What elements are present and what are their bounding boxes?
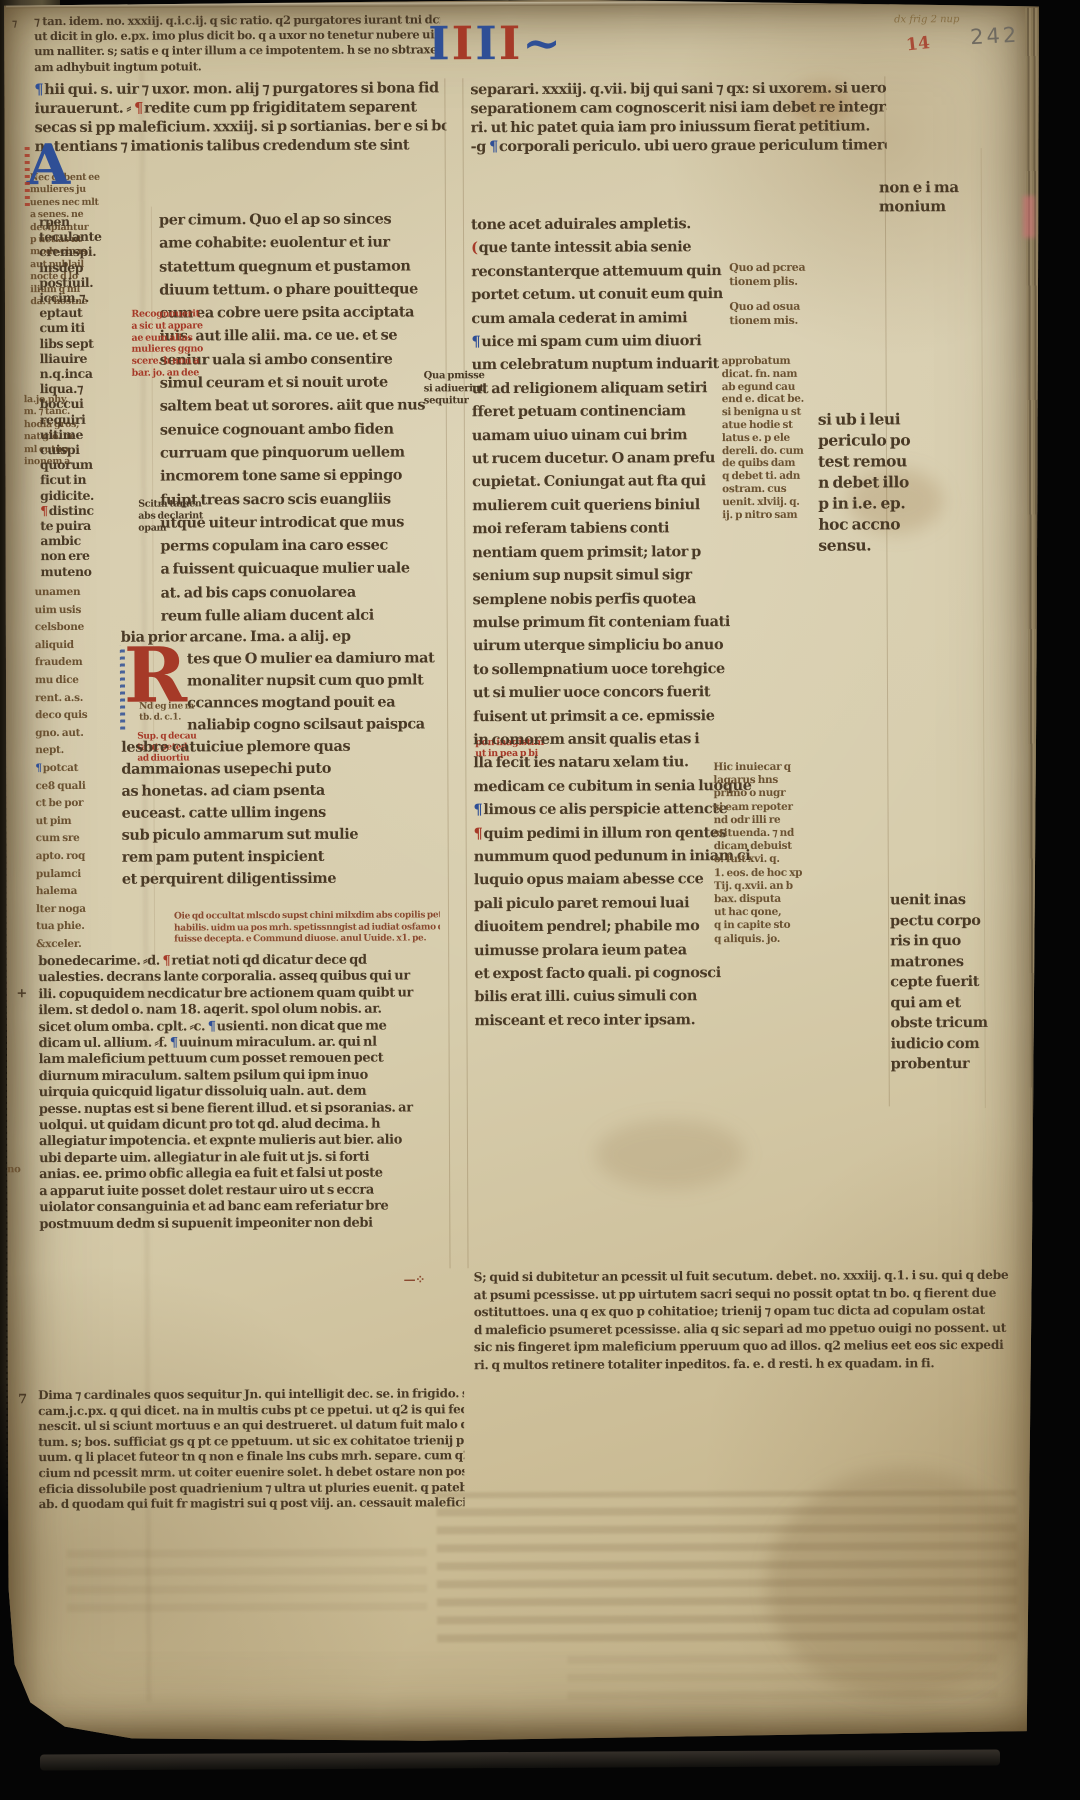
text-line: stituenda. ⁊ nd bbox=[714, 827, 806, 841]
text-line: misceant et reco inter ipsam. bbox=[474, 1007, 882, 1032]
page-top-edge bbox=[6, 0, 1030, 8]
text-line: Dima ⁊ cardinales quos sequitur Jn. qui … bbox=[38, 1386, 464, 1403]
column1-dense-text: bonedecarime. ⸗d. ¶retiat noti qd dicatu… bbox=[38, 952, 455, 1233]
text-line: S; quid si dubitetur an pcessit ul fuit … bbox=[474, 1266, 1042, 1286]
text-line: pali piculo paret remoui luai bbox=[474, 890, 882, 915]
text-line: ubi departe uim. allegiatur in ale fuit … bbox=[39, 1149, 455, 1167]
text-line: uenit inas bbox=[890, 890, 1010, 911]
text-segment: distinc bbox=[49, 503, 94, 518]
text-line: end e. dicat be. bbox=[722, 393, 814, 406]
text-line: liqua.⁊ bbox=[40, 381, 148, 397]
text-line: q debet ti. adn bbox=[722, 470, 814, 483]
text-line: uitime bbox=[40, 426, 148, 442]
approbatum-margin-note: approbatumdicat. fn. namab egund cauend … bbox=[722, 355, 815, 522]
text-line: diuoitem pendrel; phabile mo bbox=[474, 914, 882, 939]
text-line: dicam ul. allium. ⸗f. ¶uuinum miraculum.… bbox=[39, 1034, 455, 1052]
text-line: mulse primum fit conteniam fuati bbox=[473, 609, 881, 634]
text-line: obste tricum bbox=[890, 1013, 1010, 1034]
text-line: si ub i leui bbox=[818, 408, 938, 430]
plus-mark: + bbox=[16, 986, 27, 1001]
text-line: to sollempnatium uoce torehgice bbox=[473, 656, 881, 681]
inline-gloss: Oie qd occultat mlscdo supst chini milxd… bbox=[174, 910, 440, 946]
text-line: pesse. nuptas est si bene fierent illud.… bbox=[39, 1100, 455, 1118]
pilcrow-mark: ¶ bbox=[34, 81, 43, 98]
text-line: sub piculo ammarum sut mulie bbox=[122, 823, 460, 846]
text-line: nescit. ul si sciunt mortuus e an qui de… bbox=[38, 1417, 464, 1434]
text-line: perms copulam ina caro essec bbox=[160, 533, 458, 558]
stain bbox=[595, 1119, 745, 1190]
text-line: Tij. q.xvii. an b bbox=[714, 880, 806, 894]
text-line: at. ad bis caps conuolarea bbox=[161, 580, 459, 605]
text-line: qui am et bbox=[890, 992, 1010, 1013]
text-line: ili. copuquidem necdicatur bre actionem … bbox=[38, 985, 454, 1003]
text-line: saltem beat ut sorores. aiit que nus bbox=[160, 394, 458, 419]
under-page-edge bbox=[40, 1749, 1000, 1770]
text-line: cium nd pcessit mrm. ut coiter euenire s… bbox=[38, 1464, 464, 1481]
pilcrow-mark: ¶ bbox=[40, 503, 48, 518]
text-line: uum. q li placet futeor tn q non e final… bbox=[38, 1449, 464, 1466]
text-line: nd odr illi re bbox=[714, 814, 806, 828]
text-line: ficut in bbox=[40, 472, 148, 488]
text-line: -g ¶corporali periculo. ubi uero graue p… bbox=[471, 135, 887, 156]
text-line: bonedecarime. ⸗d. ¶retiat noti qd dicatu… bbox=[38, 952, 454, 970]
text-line: uirquia quicquid ligatur dissoluiq ualn.… bbox=[39, 1084, 455, 1102]
text-line: pectu corpo bbox=[890, 910, 1010, 931]
ink-show-through bbox=[567, 1654, 997, 1700]
text-line: uolqui. ut quidam dicunt pro tot qd. alu… bbox=[39, 1116, 455, 1134]
nonema-margin-note: non e i mamonium bbox=[879, 178, 989, 216]
red-marginal-note: Recognouerita sic ut appareae eum aliasm… bbox=[131, 308, 223, 379]
text-line: tionem plis. bbox=[729, 274, 819, 288]
text-segment: bonedecarime. ⸗d. bbox=[38, 954, 162, 970]
text-line: ¶uice mi spam cum uim diuori bbox=[471, 328, 879, 353]
text-line: abs declarint bbox=[138, 510, 218, 522]
text-segment: limous ce alis perspicie attencte bbox=[483, 800, 727, 818]
text-line: tionem mis. bbox=[729, 313, 819, 327]
header-siglum: ⁊ bbox=[12, 18, 17, 29]
text-line: uimusse prolara ieum patea bbox=[474, 937, 882, 962]
text-line: um nalliter. s; satis e q inter illum a … bbox=[34, 43, 440, 60]
text-line: cepte fuerit bbox=[890, 972, 1010, 993]
text-line: tum. s; bos. sufficiat gs q pt ce ppetuu… bbox=[38, 1433, 464, 1450]
numeral-letter: I bbox=[452, 16, 476, 70]
text-line: ut ad religionem aliquam setiri bbox=[472, 375, 880, 400]
ruling-line bbox=[884, 76, 889, 1106]
text-line: iccim.⁊. bbox=[39, 290, 147, 306]
text-line: et expost facto quali. pi cognosci bbox=[474, 960, 882, 985]
text-line: q aliquis. jo. bbox=[714, 932, 806, 946]
text-line: anias. ee. primo obfic allegia ea fuit e… bbox=[39, 1166, 455, 1184]
text-line: as honetas. ad ciam psenta bbox=[121, 779, 459, 802]
text-line: te puira bbox=[40, 518, 148, 534]
text-line: ostituttoes. una q ex quo p cohitatioe; … bbox=[474, 1301, 1042, 1321]
text-segment: hii qui. s. uir ⁊ uxor. mon. alij ⁊ purg… bbox=[44, 79, 439, 98]
text-line: statettum quegnum et pustamon bbox=[159, 254, 457, 279]
text-line: diurnum miraculum. saltem psilum qui ipm… bbox=[39, 1067, 455, 1085]
text-line: incmorem tone same si eppingo bbox=[160, 464, 458, 489]
text-line: opam bbox=[138, 522, 218, 534]
text-segment: retiat noti qd dicatur dece qd bbox=[171, 953, 366, 969]
nota-mark: no bbox=[7, 1164, 20, 1175]
text-line: eficia dissolubile post quadrienium ⁊ ul… bbox=[38, 1480, 464, 1497]
text-line: insdep bbox=[39, 259, 147, 275]
text-line: senuice cognouant ambo fiden bbox=[160, 417, 458, 442]
column2-intro: separari. xxxiij. q.vii. bij qui sani ⁊ … bbox=[470, 78, 886, 156]
text-line: allegiatur impotencia. et expnte mulieri… bbox=[39, 1133, 455, 1151]
text-line: senium sup nupsit simul sigr bbox=[472, 563, 880, 588]
text-line: uenit. xlviij. q. bbox=[722, 495, 814, 508]
text-line: &xceler. bbox=[36, 936, 148, 954]
text-line: uirum uterque simpliciu bo anuo bbox=[473, 633, 881, 658]
text-line: nummum quod pedunum in iniam ci bbox=[474, 843, 882, 868]
text-line: rem pam putent inspicient bbox=[122, 845, 460, 868]
text-line: si benigna u st bbox=[722, 406, 814, 419]
black-marginal-note: Scitm tamenabs declarintopam bbox=[138, 498, 218, 534]
text-line: tua phie. bbox=[36, 918, 148, 936]
pilcrow-mark: ( bbox=[471, 240, 478, 257]
footnote-block: Dima ⁊ cardinales quos sequitur Jn. qui … bbox=[38, 1386, 465, 1513]
manuscript-page: ⁊ ⁊ tan. idem. no. xxxiij. q.i.c.ij. q s… bbox=[0, 0, 1048, 1744]
text-line: dereli. do. cum bbox=[722, 444, 814, 457]
text-segment: corporali periculo. ubi uero graue peric… bbox=[499, 136, 887, 155]
text-line: a fuissent quicuaque mulier uale bbox=[160, 557, 458, 582]
text-line: um celebratum nuptum induarit bbox=[472, 352, 880, 377]
text-line: test remou bbox=[818, 450, 938, 472]
text-line: medicam ce cubitum in senia luoque bbox=[473, 773, 881, 798]
text-line: requiri bbox=[40, 411, 148, 427]
numeral-letter: I bbox=[475, 16, 499, 70]
text-line: sicet olum omba. cplt. ⸗c. ¶usienti. non… bbox=[38, 1018, 454, 1036]
column1-intro: ¶hii qui. s. uir ⁊ uxor. mon. alij ⁊ pur… bbox=[34, 78, 446, 156]
text-line: Hic inuiecar q bbox=[713, 761, 805, 775]
text-line: a sic ut appare bbox=[131, 320, 223, 332]
text-line: n debet illo bbox=[818, 471, 938, 493]
text-line: dicam debuist bbox=[714, 840, 806, 854]
initial-R-filigree bbox=[120, 646, 125, 730]
text-line: ut hac qone, bbox=[714, 906, 806, 920]
text-line: per cimum. Quo el ap so sinces bbox=[159, 207, 457, 232]
text-line: non e i ma bbox=[879, 178, 989, 197]
text-line: quorum bbox=[40, 457, 148, 473]
text-line: Quo ad pcrea bbox=[729, 261, 819, 275]
text-line: gidicite. bbox=[40, 487, 148, 503]
text-line: 1. eos. de hoc xp bbox=[714, 866, 806, 880]
text-line: natentians ⁊ imationis talibus credendum… bbox=[35, 135, 447, 156]
text-segment: dicam ul. allium. ⸗f. bbox=[39, 1036, 170, 1052]
text-line: ¶quim pedimi in illum ron qentes bbox=[474, 820, 882, 845]
text-line: cuispi bbox=[40, 442, 148, 458]
text-line: ⁊ tan. idem. no. xxxiij. q.i.c.ij. q sic… bbox=[34, 12, 440, 29]
text-line: am adhybuit ingtum potuit. bbox=[34, 58, 440, 75]
text-line: sensu. bbox=[818, 534, 938, 556]
pilcrow-mark: ¶ bbox=[473, 801, 482, 818]
text-line: separari. xxxiij. q.vii. bij qui sani ⁊ … bbox=[470, 78, 886, 99]
text-line: lla fecit ies nataru xelam tiu. bbox=[473, 750, 881, 775]
text-segment: uice mi spam cum uim diuori bbox=[481, 332, 701, 350]
text-segment: que tante intessit abia senie bbox=[479, 239, 692, 257]
column1-narrow-strip: rpenteculantecremspi.insdeppostiuil.icci… bbox=[39, 214, 149, 579]
text-line: luquio opus maiam abesse cce bbox=[474, 867, 882, 892]
text-line: si eam repoter bbox=[713, 800, 805, 814]
text-line: bar. jo. an dee bbox=[132, 367, 224, 379]
pilcrow-mark: ¶ bbox=[489, 138, 498, 155]
text-line: ambic bbox=[40, 533, 148, 549]
proc-margin-note-2: Quo ad osuationem mis. bbox=[729, 300, 819, 327]
pilcrow-mark: ¶ bbox=[471, 333, 480, 350]
text-line: rpen bbox=[39, 214, 147, 230]
text-line: ab egund cau bbox=[722, 380, 814, 393]
text-line: ab. d quodam qui fuit fr magistri sui q … bbox=[39, 1495, 465, 1512]
text-line: muteno bbox=[40, 563, 148, 579]
pilcrow-mark: ¶ bbox=[134, 100, 143, 117]
text-line: lagarus hns bbox=[713, 774, 805, 788]
text-line: euceast. catte ullim ingens bbox=[121, 801, 459, 824]
text-line: postiuil. bbox=[39, 274, 147, 290]
text-line: Quo ad osua bbox=[729, 300, 819, 314]
text-line: dammaionas usepechi puto bbox=[121, 757, 459, 780]
text-segment: quim pedimi in illum ron qentes bbox=[483, 824, 726, 842]
text-line: secas si pp maleficium. xxxiij. si p sor… bbox=[35, 116, 447, 137]
text-segment: sicet olum omba. cplt. ⸗c. bbox=[38, 1019, 207, 1035]
folio-number: 242 bbox=[970, 23, 1020, 50]
text-line: postmuum dedm si supuenit impeoniter non… bbox=[39, 1215, 455, 1233]
text-line: matrones bbox=[890, 951, 1010, 972]
column2-main-text: tone acet aduirales ampletis.(que tante … bbox=[471, 211, 883, 1032]
text-line: lesbre catuiciue plemore quas bbox=[121, 735, 459, 758]
text-segment: redite cum pp frigiditatem separent bbox=[144, 98, 417, 116]
text-line: ualesties. decrans lante corporalia. ass… bbox=[38, 969, 454, 987]
text-line: cam.j.c.px. q qui dicet. na in multis cu… bbox=[38, 1402, 464, 1419]
pilcrow-mark: ¶ bbox=[162, 954, 170, 969]
text-segment: potcat bbox=[43, 762, 79, 774]
text-line: in comorem ansit qualis etas i bbox=[473, 726, 881, 751]
initial-A-letter: A bbox=[27, 132, 71, 198]
chapter-numeral-IIII: IIII~ bbox=[428, 16, 563, 71]
text-segment: -g bbox=[471, 138, 490, 155]
text-line: bilis erat illi. cuius simuli con bbox=[474, 984, 882, 1009]
text-line: boccui bbox=[40, 396, 148, 412]
text-line: hoc accno bbox=[818, 513, 938, 535]
text-line: unamen bbox=[35, 584, 147, 602]
numeral-letter: ~ bbox=[522, 16, 563, 70]
text-line: primo o nugr bbox=[713, 787, 805, 801]
text-line: lam maleficium pettuum cum posset remoue… bbox=[39, 1051, 455, 1069]
pink-tab-mark bbox=[1023, 196, 1035, 238]
ruling-line bbox=[462, 78, 468, 1268]
pilcrow-mark: ¶ bbox=[170, 1036, 178, 1051]
text-line: ut dicit in glo. e.px. imo plus dicit bo… bbox=[34, 28, 440, 45]
text-line: Scitm tamen bbox=[138, 498, 218, 510]
text-line: diuum tettum. o phare pouitteque bbox=[159, 277, 457, 302]
top-marginal-note: ⁊ tan. idem. no. xxxiij. q.i.c.ij. q sic… bbox=[34, 12, 440, 75]
bottom-right-note: S; quid si dubitetur an pcessit ul fuit … bbox=[474, 1266, 1042, 1374]
text-line: de quibs dam bbox=[722, 457, 814, 470]
text-line: uim usis bbox=[35, 601, 147, 619]
text-line: p in i.e. ep. bbox=[818, 492, 938, 514]
ink-show-through bbox=[67, 1540, 427, 1612]
text-line: dicat. fn. nam bbox=[722, 368, 814, 381]
pilcrow-mark: ¶ bbox=[474, 825, 483, 842]
text-line: iurauerunt. ⸗ ¶redite cum pp frigiditate… bbox=[34, 97, 446, 118]
text-line: et perquirent diligentissime bbox=[122, 867, 460, 890]
text-line: o. fuit xvi. q. bbox=[714, 853, 806, 867]
text-line: ut si mulier uoce concors fuerit bbox=[473, 680, 881, 705]
text-line: ostram. cus bbox=[722, 483, 814, 496]
column1-main-text: per cimum. Quo el ap so sincesame cohabi… bbox=[159, 207, 459, 628]
text-line: periculo po bbox=[818, 429, 938, 451]
text-line: teculante bbox=[39, 229, 147, 245]
text-line: ij. p nitro sam bbox=[722, 508, 814, 521]
text-segment: iurauerunt. ⸗ bbox=[34, 100, 134, 117]
text-line: separationem cam cognoscerit nisi iam de… bbox=[470, 97, 886, 118]
text-line: uiolator consanguinia et ad banc eam ref… bbox=[39, 1198, 455, 1216]
text-line: ri. ut hic patet quia iam pro iniussum f… bbox=[471, 116, 887, 137]
initial-R: R bbox=[124, 641, 184, 733]
top-right-inscription: dx frig 2 nup bbox=[894, 14, 959, 25]
text-line: ri. q multos retinere totaliter inpedito… bbox=[474, 1354, 1042, 1374]
red-foliation-number: 14 bbox=[905, 33, 931, 55]
text-line: bax. disputa bbox=[714, 893, 806, 907]
text-line: probentur bbox=[891, 1054, 1011, 1075]
text-line: Recognouerit bbox=[131, 308, 223, 320]
footnote-siglum: 7 bbox=[18, 1392, 27, 1407]
text-line: reum fulle aliam ducent alci bbox=[161, 603, 459, 628]
text-line: latus e. p ele bbox=[722, 432, 814, 445]
initial-A: A bbox=[27, 140, 87, 210]
text-line: mulieres ggno bbox=[131, 344, 223, 356]
text-line: atue hodie st bbox=[722, 419, 814, 432]
text-line: fuisse decepta. e Commund diuose. anul U… bbox=[174, 933, 440, 946]
text-segment: uuinum miraculum. ar. qui nl bbox=[179, 1035, 377, 1051]
text-line: tone acet aduirales ampletis. bbox=[471, 211, 879, 236]
text-line: ame cohabite: euolentur et iur bbox=[159, 231, 457, 256]
pilcrow-mark: ¶ bbox=[208, 1019, 216, 1034]
uenit-margin-note: uenit inaspectu corporis in quomatronesc… bbox=[890, 890, 1011, 1075]
text-line: ¶hii qui. s. uir ⁊ uxor. mon. alij ⁊ pur… bbox=[34, 78, 446, 99]
text-line: Oie qd occultat mlscdo supst chini milxd… bbox=[174, 910, 440, 923]
text-line: cremspi. bbox=[39, 244, 147, 260]
text-line: iudicio com bbox=[891, 1033, 1011, 1054]
text-line: lter noga bbox=[36, 900, 148, 918]
text-line: ris in quo bbox=[890, 931, 1010, 952]
text-line: semplene nobis perfis quotea bbox=[473, 586, 881, 611]
text-line: curruam que pinquorum uellem bbox=[160, 440, 458, 465]
text-line: ¶distinc bbox=[40, 502, 148, 518]
text-line: approbatum bbox=[722, 355, 814, 368]
initial-R-letter: R bbox=[124, 630, 188, 719]
text-line: non ere bbox=[40, 548, 148, 564]
ink-show-through bbox=[437, 1490, 1018, 1643]
hic-inuie-margin-note: Hic inuiecar qlagarus hnsprimo o nugrsi … bbox=[713, 761, 806, 946]
text-line: ilem. st dedol o. nam 18. aqerit. spol o… bbox=[38, 1002, 454, 1020]
text-line: ¶limous ce alis perspicie attencte bbox=[473, 797, 881, 822]
bottom-note-mark: —⁘ bbox=[404, 1272, 426, 1286]
text-line: (que tante intessit abia senie bbox=[471, 235, 879, 260]
sileui-margin-note: si ub i leuipericulo potest remoun debet… bbox=[818, 408, 939, 556]
text-line: q in capite sto bbox=[714, 919, 806, 933]
numeral-letter: I bbox=[428, 16, 452, 70]
text-line: fuisent ut primsit a ce. epmissie bbox=[473, 703, 881, 728]
text-line: monium bbox=[879, 197, 989, 216]
text-line: sic nis fingeret ipm maleficium pperuum … bbox=[474, 1336, 1042, 1356]
proc-margin-note-1: Quo ad pcreationem plis. bbox=[729, 261, 819, 288]
pilcrow-mark: ¶ bbox=[35, 762, 41, 774]
text-line: ae eum alias bbox=[131, 332, 223, 344]
numeral-letter: I bbox=[499, 16, 523, 70]
text-segment: usienti. non dicat que me bbox=[217, 1018, 387, 1034]
text-line: a apparut iuite posset dolet restaur uir… bbox=[39, 1182, 455, 1200]
text-line: scere. h non a bbox=[132, 355, 224, 367]
initial-A-filigree bbox=[25, 144, 30, 206]
